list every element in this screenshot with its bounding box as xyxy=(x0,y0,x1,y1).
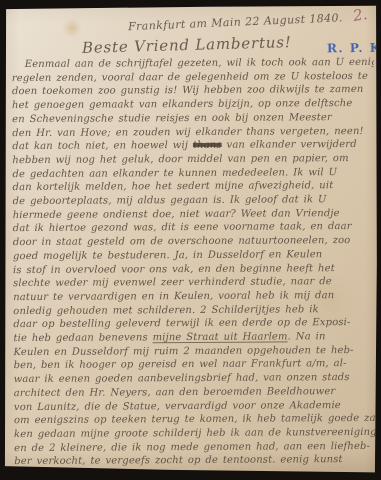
letter-date-line: Frankfurt am Main 22 August 1840. xyxy=(128,10,378,33)
letter-line: ber verkocht, te vergeefs zocht op de te… xyxy=(14,453,376,469)
scanned-letter-photo: Frankfurt am Main 22 August 1840. 2. R. … xyxy=(0,0,381,480)
letter-line: natuur te vervaardigen en in Keulen, voo… xyxy=(13,289,375,305)
crossed-out-word: thans xyxy=(193,140,222,151)
rpk-collection-stamp: R. P. K. xyxy=(327,41,381,56)
letter-page: Frankfurt am Main 22 August 1840. 2. R. … xyxy=(0,0,381,480)
underlined-phrase: mijne Straat uit Haarlem xyxy=(153,331,288,343)
letter-salutation: Beste Vriend Lambertus! xyxy=(82,33,292,57)
page-number: 2. xyxy=(352,5,369,25)
letter-body: Eenmaal aan de schrijftafel gezeten, wil… xyxy=(12,56,377,472)
